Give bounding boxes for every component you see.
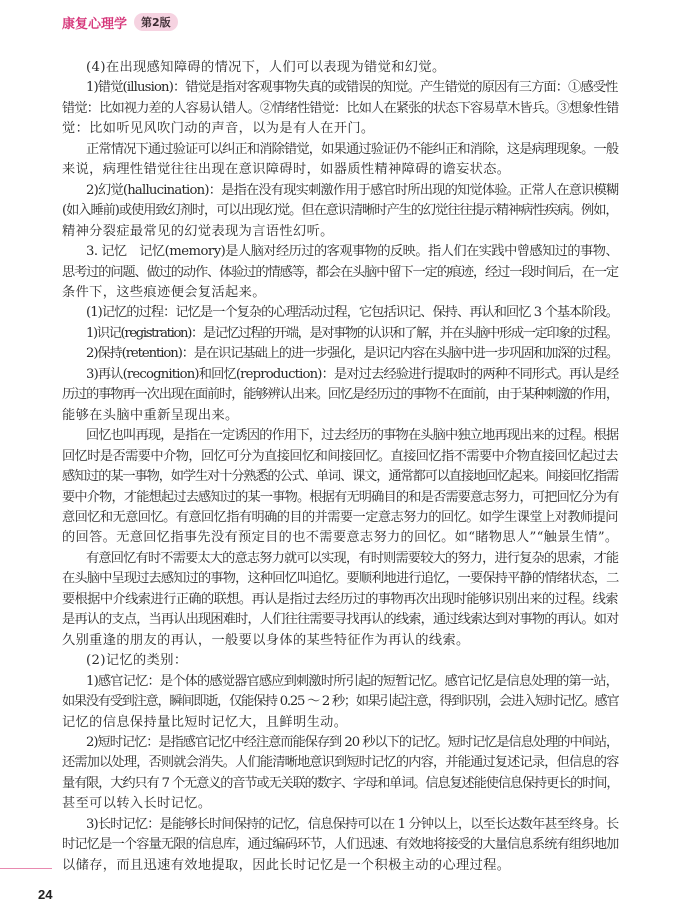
text-line: 回忆时是否需要中介物，回忆可分为直接回忆和间接回忆。直接回忆指不需要中介物直接回… [62, 447, 618, 467]
text-line: 条件下，这些痕迹便会复活起来。 [62, 283, 618, 303]
text-line: 3)再认(recognition)和回忆(reproduction)：是对过去经… [62, 365, 618, 385]
text-line: 1)感官记忆：是个体的感觉器官感应到刺激时所引起的短暂记忆。感官记忆是信息处理的… [62, 672, 618, 692]
text-line: 3. 记忆 记忆(memory)是人脑对经历过的客观事物的反映。指人们在实践中曾… [62, 242, 618, 262]
text-line: 甚至可以转入长时记忆。 [62, 794, 618, 814]
text-line: (4)在出现感知障碍的情况下，人们可以表现为错觉和幻觉。 [62, 58, 618, 78]
text-line: 精神分裂症最常见的幻觉表现为言语性幻听。 [62, 222, 618, 242]
margin-rule [0, 868, 52, 869]
text-line: 3)长时记忆：是能够长时间保持的记忆，信息保持可以在 1 分钟以上，以至长达数年… [62, 815, 618, 835]
text-line: 感知过的某一事物，如学生对十分熟悉的公式、单词、课文，通常都可以直接地回忆起来。… [62, 467, 618, 487]
book-title: 康复心理学 [62, 13, 127, 32]
text-line: 2)短时记忆：是指感官记忆中经注意而能保存到 20 秒以下的记忆。短时记忆是信息… [62, 733, 618, 753]
text-line: (2)记忆的类别： [62, 651, 618, 671]
text-line: 要根据中介线索进行正确的联想。再认是指过去经历过的事物再次出现时能够识别出来的过… [62, 590, 618, 610]
text-line: 意回忆和无意回忆。有意回忆指有明确的目的并需要一定意志努力的回忆。如学生课堂上对… [62, 508, 618, 528]
text-line: 是再认的支点，当再认出现困难时，人们往往需要寻找再认的线索，通过线索达到对事物的… [62, 610, 618, 630]
text-line: 觉：比如听见风吹门动的声音，以为是有人在开门。 [62, 119, 618, 139]
edition-badge: 第2版 [134, 13, 178, 31]
text-line: 以储存，而且迅速有效地提取，因此长时记忆是一个积极主动的心理过程。 [62, 856, 618, 876]
text-line: 1)错觉(illusion)：错觉是指对客观事物失真的或错误的知觉。产生错觉的原… [62, 78, 618, 98]
text-line: 2)保持(retention)：是在识记基础上的进一步强化，是识记内容在头脑中进… [62, 344, 618, 364]
text-line: 能够在头脑中重新呈现出来。 [62, 406, 618, 426]
text-line: 要中介物，才能想起过去感知过的某一事物。根据有无明确目的和是否需要意志努力，可把… [62, 488, 618, 508]
text-line: 正常情况下通过验证可以纠正和消除错觉，如果通过验证仍不能纠正和消除，这是病理现象… [62, 140, 618, 160]
text-line: 来说，病理性错觉往往出现在意识障碍时，如器质性精神障碍的谵妄状态。 [62, 160, 618, 180]
body-text: (4)在出现感知障碍的情况下，人们可以表现为错觉和幻觉。1)错觉(illusio… [62, 58, 618, 876]
text-line: 时记忆是一个容量无限的信息库，通过编码环节，人们迅速、有效地将接受的大量信息系统… [62, 835, 618, 855]
text-line: 1)识记(registration)：是记忆过程的开端，是对事物的认识和了解，并… [62, 324, 618, 344]
text-line: 有意回忆有时不需要太大的意志努力就可以实现，有时则需要较大的努力，进行复杂的思索… [62, 549, 618, 569]
running-header: 康复心理学 第2版 [62, 12, 178, 32]
text-line: 历过的事物再一次出现在面前时，能够辨认出来。回忆是经历过的事物不在面前，由于某种… [62, 385, 618, 405]
text-line: 量有限，大约只有 7 个无意义的音节或无关联的数字、字母和单词。信息复述能使信息… [62, 774, 618, 794]
text-line: 在头脑中呈现过去感知过的事物，这种回忆叫追忆。要顺利地进行追忆，一要保持平静的情… [62, 569, 618, 589]
page-number: 24 [38, 887, 52, 902]
text-line: 如果没有受到注意，瞬间即逝，仅能保持 0.25 ～ 2 秒；如果引起注意，得到识… [62, 692, 618, 712]
text-line: 的回答。无意回忆指事先没有预定目的也不需要意志努力的回忆。如“睹物思人”“触景生… [62, 528, 618, 548]
text-line: 2)幻觉(hallucination)：是指在没有现实刺激作用于感官时所出现的知… [62, 181, 618, 201]
text-line: (1)记忆的过程：记忆是一个复杂的心理活动过程，它包括识记、保持、再认和回忆 3… [62, 303, 618, 323]
text-line: 思考过的问题、做过的动作、体验过的情感等，都会在头脑中留下一定的痕迹，经过一段时… [62, 263, 618, 283]
text-line: (如入睡前)或使用致幻剂时，可以出现幻觉。但在意识清晰时产生的幻觉往往提示精神病… [62, 201, 618, 221]
text-line: 记忆的信息保持量比短时记忆大，且鲜明生动。 [62, 713, 618, 733]
text-line: 错觉：比如视力差的人容易认错人。②情绪性错觉：比如人在紧张的状态下容易草木皆兵。… [62, 99, 618, 119]
text-line: 久别重逢的朋友的再认，一般要以身体的某些特征作为再认的线索。 [62, 631, 618, 651]
text-line: 还需加以处理，否则就会消失。人们能清晰地意识到短时记忆的内容，并能通过复述记录，… [62, 753, 618, 773]
text-line: 回忆也叫再现，是指在一定诱因的作用下，过去经历的事物在头脑中独立地再现出来的过程… [62, 426, 618, 446]
